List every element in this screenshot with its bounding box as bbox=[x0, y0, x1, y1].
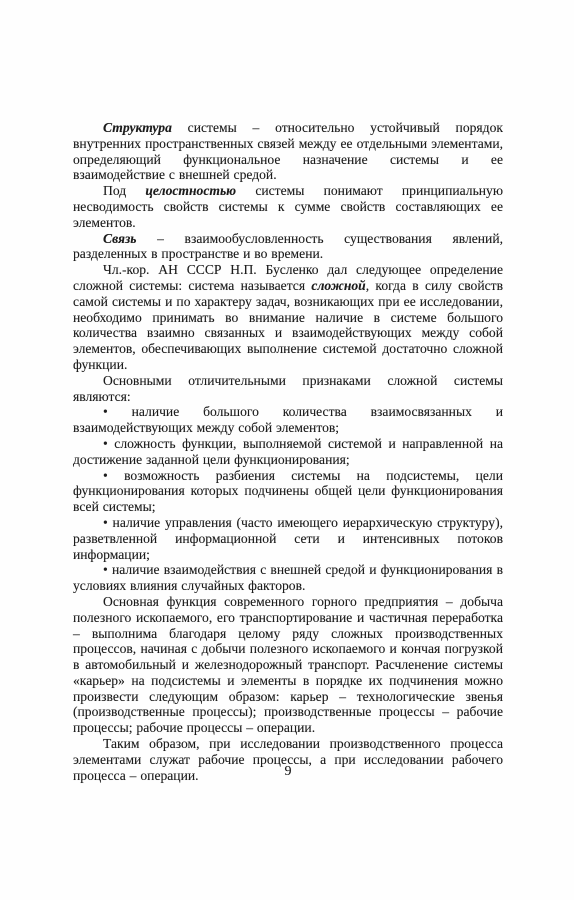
bullet-text: возможность разбиения системы на подсист… bbox=[73, 468, 503, 515]
paragraph-link-definition: Связь – взаимообусловленность существова… bbox=[73, 231, 503, 263]
paragraph-text: – взаимообусловленность существования яв… bbox=[73, 231, 503, 262]
paragraph-mining-enterprise: Основная функция современного горного пр… bbox=[73, 594, 503, 736]
paragraph-features-intro: Основными отличительными признаками слож… bbox=[73, 373, 503, 405]
bullet-text: наличие управления (часто имеющего иерар… bbox=[73, 515, 503, 562]
term-integrity: целостностью bbox=[145, 183, 236, 198]
bullet-text: наличие большого количества взаимосвязан… bbox=[73, 404, 503, 435]
bullet-item-complex-function: • сложность функции, выполняемой системо… bbox=[73, 436, 503, 468]
bullet-text: сложность функции, выполняемой системой … bbox=[73, 436, 503, 467]
text-body: Структура системы – относительно устойчи… bbox=[73, 120, 503, 783]
paragraph-integrity-definition: Под целостностью системы понимают принци… bbox=[73, 183, 503, 230]
paragraph-text: Основная функция современного горного пр… bbox=[73, 594, 503, 735]
term-link: Связь bbox=[103, 231, 136, 246]
bullet-text: наличие взаимодействия с внешней средой … bbox=[73, 562, 503, 593]
bullet-item-many-elements: • наличие большого количества взаимосвяз… bbox=[73, 404, 503, 436]
bullet-item-subsystems: • возможность разбиения системы на подси… bbox=[73, 468, 503, 515]
paragraph-text: Под bbox=[103, 183, 145, 198]
document-page: Структура системы – относительно устойчи… bbox=[0, 0, 574, 900]
paragraph-structure-definition: Структура системы – относительно устойчи… bbox=[73, 120, 503, 183]
paragraph-complex-system-definition: Чл.-кор. АН СССР Н.П. Бусленко дал следу… bbox=[73, 262, 503, 373]
scanned-book-page: { "page": { "background_color": "#fefefe… bbox=[0, 0, 574, 900]
page-number: 9 bbox=[73, 764, 503, 780]
bullet-item-control: • наличие управления (часто имеющего иер… bbox=[73, 515, 503, 562]
paragraph-text: Основными отличительными признаками слож… bbox=[73, 373, 503, 404]
term-structure: Структура bbox=[103, 120, 172, 135]
bullet-item-environment: • наличие взаимодействия с внешней средо… bbox=[73, 562, 503, 594]
term-complex: сложной bbox=[311, 278, 365, 293]
